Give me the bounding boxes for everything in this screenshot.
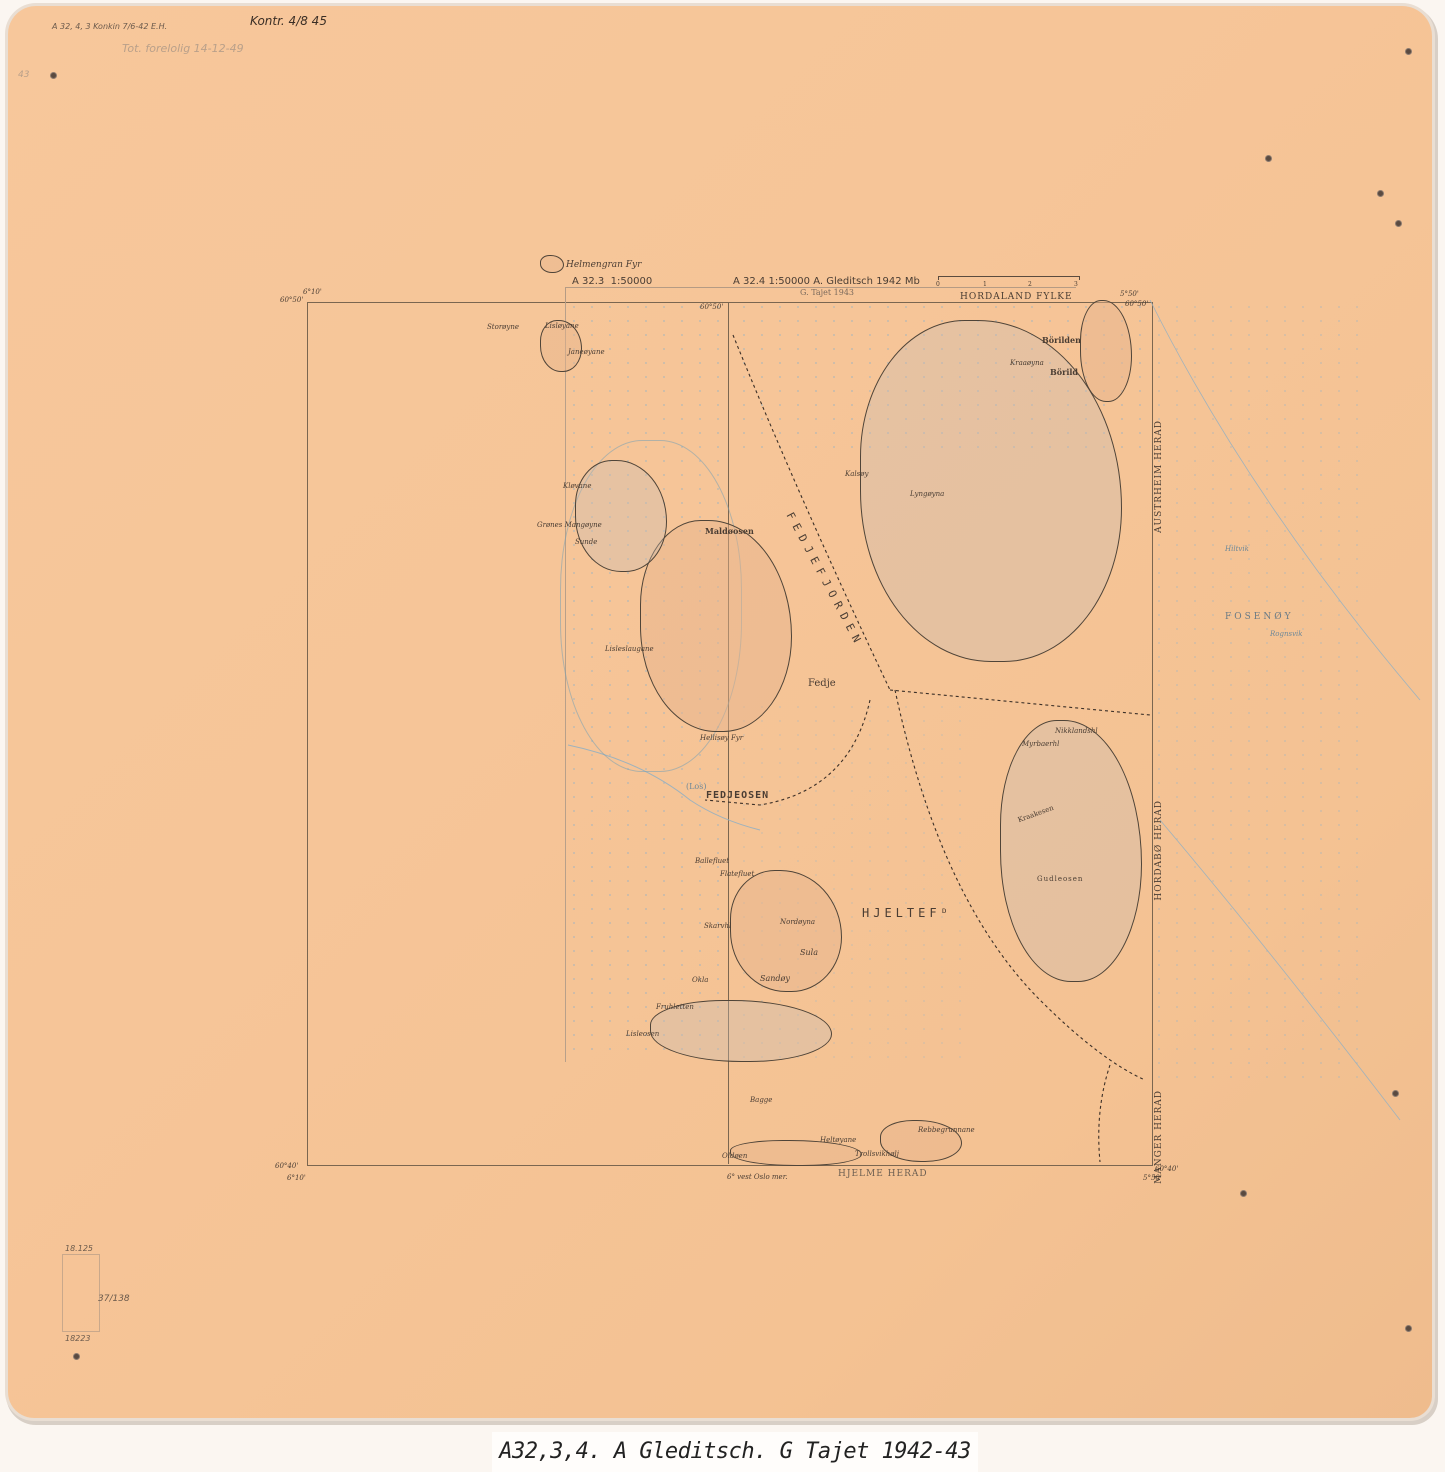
- place-label: Flatefluet: [720, 870, 754, 878]
- place-label: Kalsøy: [845, 470, 868, 478]
- place-label: Myrbaerhl: [1022, 740, 1059, 748]
- island-helmengran: [540, 255, 564, 273]
- place-label: Lisleslaugane: [605, 645, 654, 653]
- place-label: Bagge: [750, 1096, 772, 1104]
- place-label: Lyngøyna: [910, 490, 944, 498]
- place-label: Helmengran Fyr: [566, 260, 641, 270]
- catalog-caption: A32,3,4. A Gleditsch. G Tajet 1942-43 1:…: [492, 1432, 978, 1472]
- place-label: Sula: [800, 948, 818, 957]
- place-label: Lisløyane: [545, 322, 579, 330]
- place-label: Gudleosen: [1037, 875, 1083, 883]
- place-label: Lisleosen: [626, 1030, 659, 1038]
- strait-label-fedjeosen: FEDJEOSEN: [706, 790, 769, 801]
- place-label: Heltøyane: [820, 1136, 856, 1144]
- place-label: Sunde: [575, 538, 597, 546]
- place-label: Nordøyna: [780, 918, 815, 926]
- place-label: Kløvane: [563, 482, 591, 490]
- place-label: Kraaøyna: [1010, 359, 1044, 367]
- place-label: Grønes Mangøyne: [537, 521, 602, 529]
- place-label: Hiltvik: [1225, 545, 1249, 553]
- pilot-label: (Los): [686, 782, 706, 791]
- place-label-fedje: Fedje: [808, 678, 836, 689]
- place-label: Rebbegrunnane: [918, 1126, 975, 1134]
- place-label: Maldøosen: [705, 526, 754, 536]
- place-label: Oldøen: [722, 1152, 747, 1160]
- place-label: Fruhletten: [656, 1003, 694, 1011]
- place-label: Rognsvik: [1270, 630, 1303, 638]
- place-label: Okla: [692, 976, 708, 984]
- place-label: Storøyne: [487, 323, 519, 331]
- place-label: Ballefluet: [695, 857, 729, 865]
- place-label: Börild: [1050, 367, 1078, 377]
- fjord-label-hjeltefjorden: HJELTEFᴰ: [862, 906, 952, 920]
- place-label: Skarvhl: [704, 922, 731, 930]
- place-label: Sandøy: [760, 974, 790, 983]
- place-label: Börilden: [1042, 335, 1081, 345]
- place-label: Trollsvikhølj: [855, 1150, 899, 1158]
- place-label: Janeøyane: [568, 348, 605, 356]
- place-label: Hellisøy Fyr: [700, 734, 743, 742]
- place-label: Nikklandshl: [1055, 727, 1098, 735]
